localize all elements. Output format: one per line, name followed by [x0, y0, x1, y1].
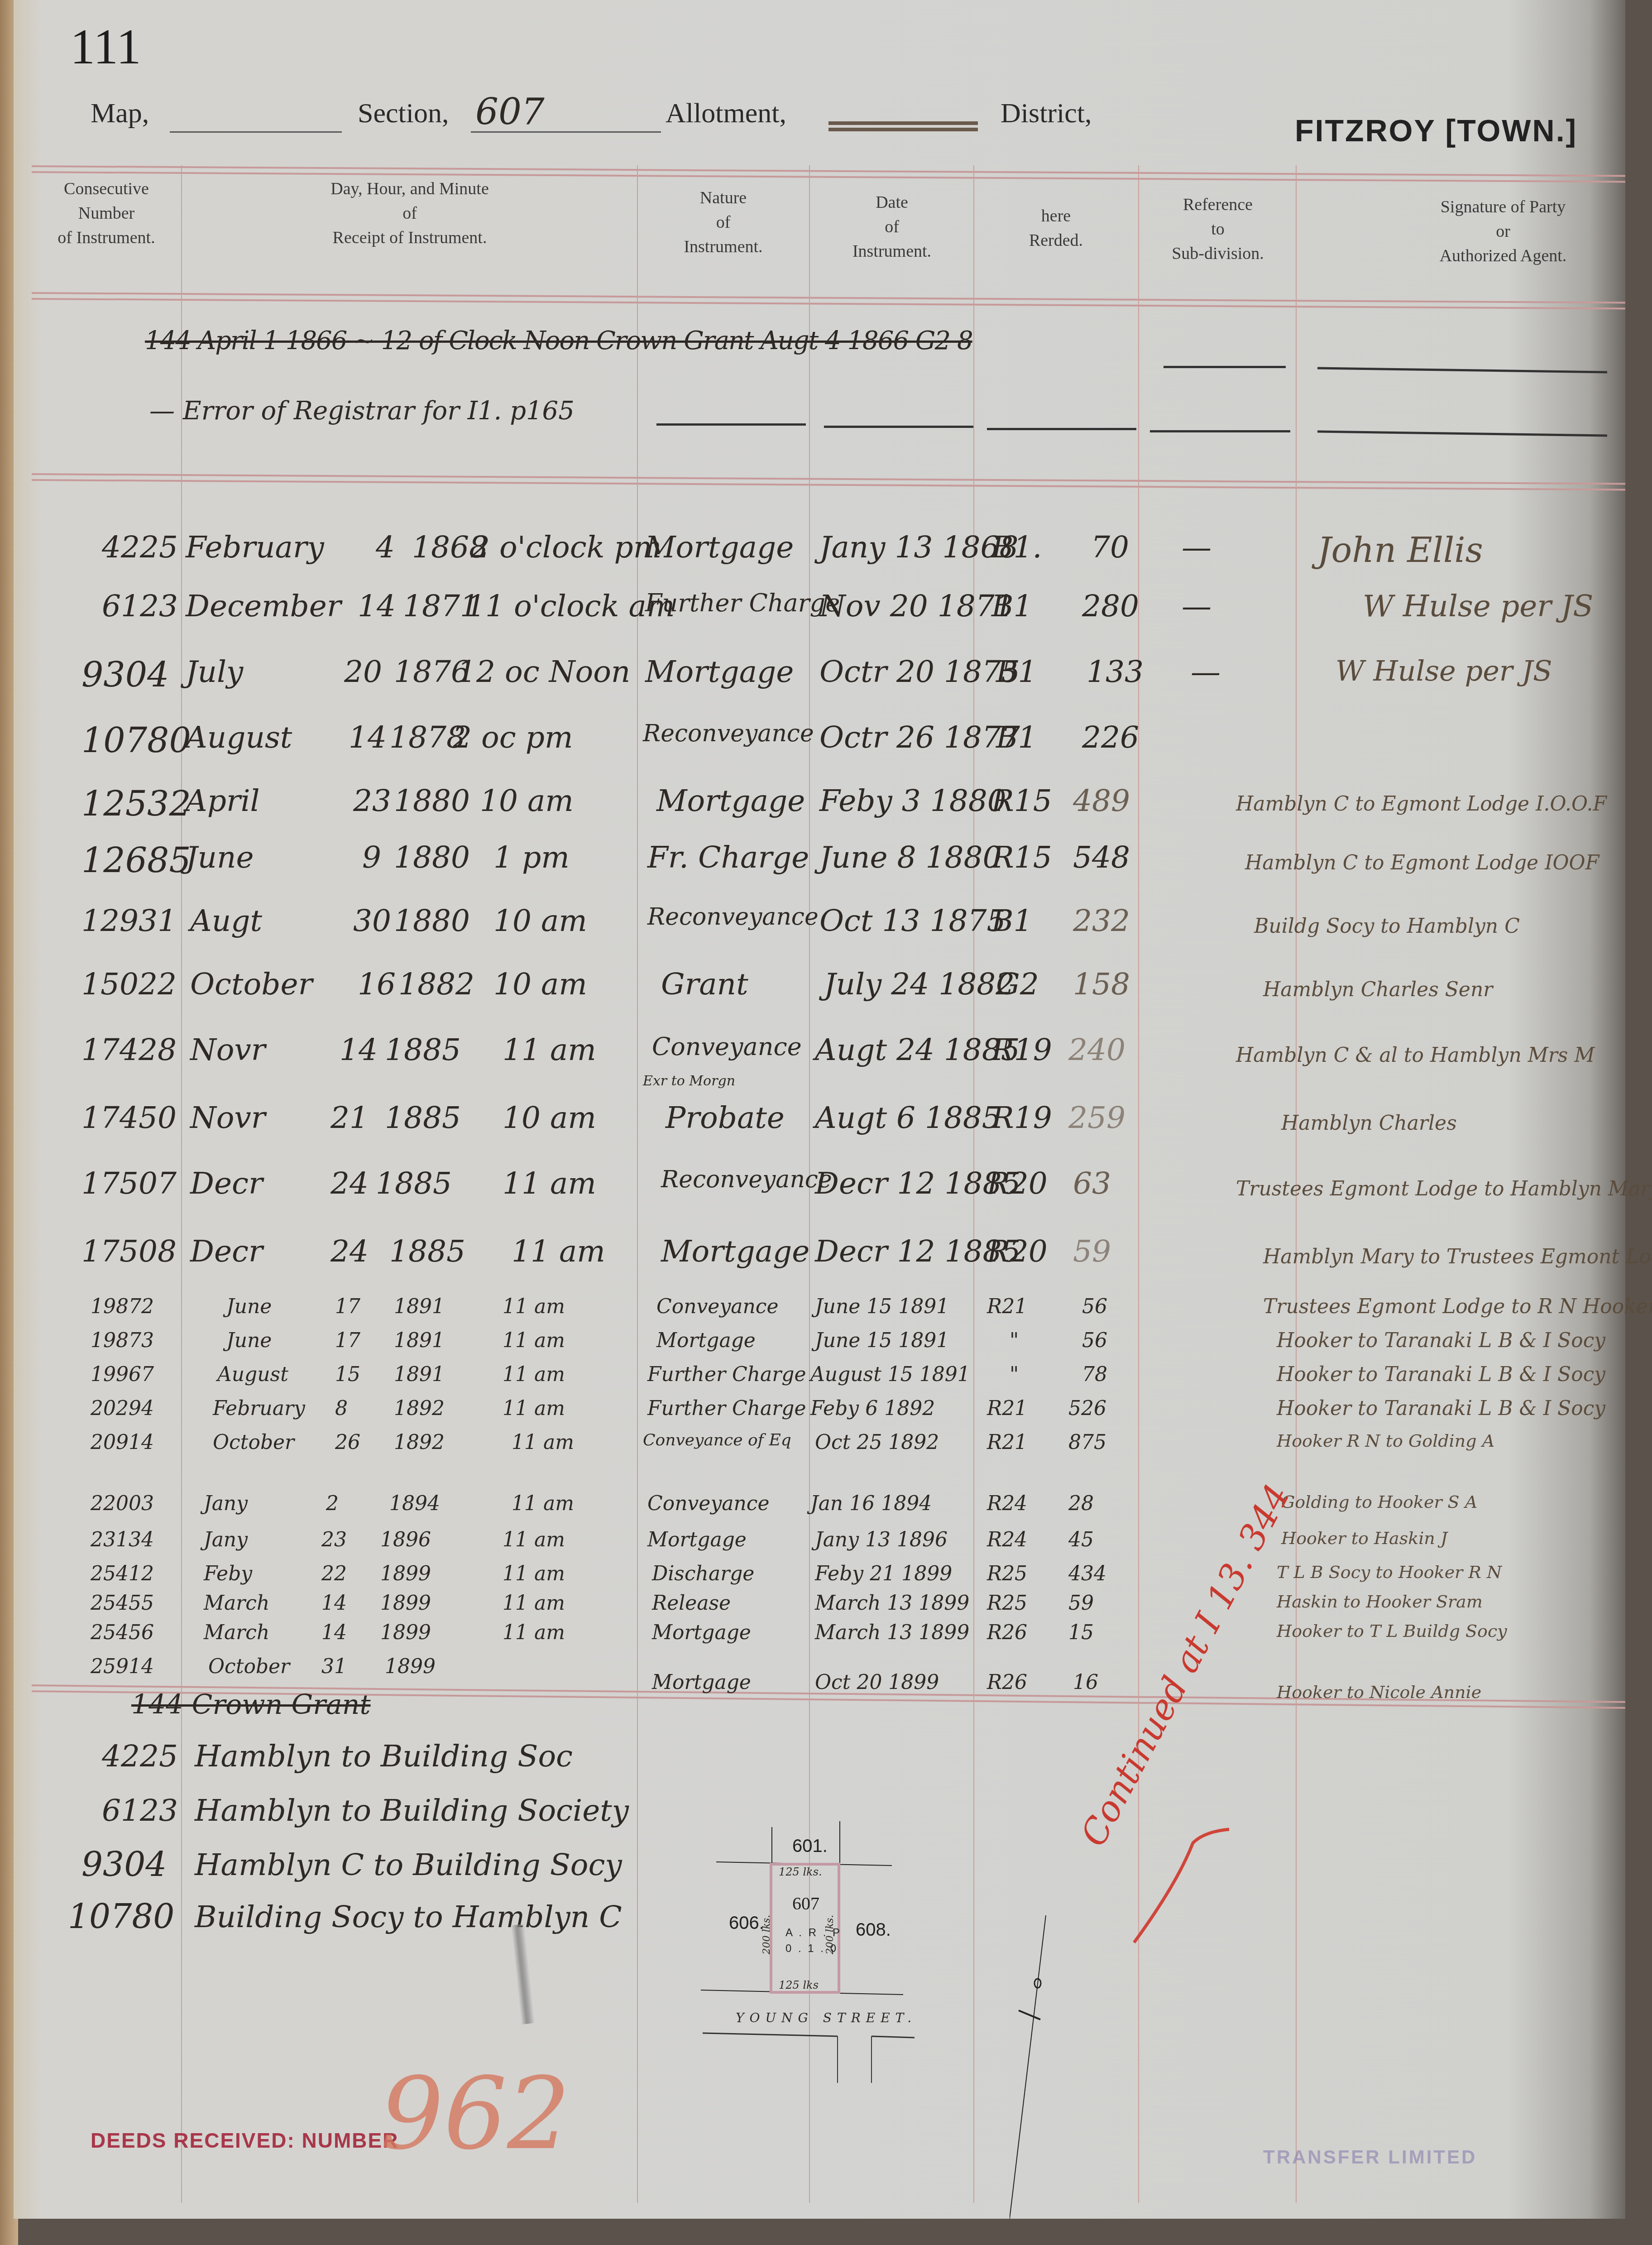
header-line: Instrument.	[810, 239, 973, 264]
receipt-day: 31	[321, 1655, 347, 1678]
summary-number: 6123	[102, 1793, 178, 1828]
header-line: or	[1394, 219, 1612, 244]
instrument-date: August 15 1891	[810, 1363, 970, 1386]
signature: W Hulse per JS	[1363, 589, 1593, 624]
instrument-number: 17508	[81, 1234, 177, 1269]
folio: 240	[1068, 1032, 1125, 1067]
signature: Hooker to Taranaki L B & I Socy	[1277, 1363, 1605, 1386]
book-ref: R20	[987, 1234, 1048, 1269]
plan-bottom-dimension: 125 lks	[779, 1979, 819, 1991]
receipt-year: 1891	[394, 1363, 445, 1386]
receipt-year: 1880	[394, 840, 470, 875]
signature: Hooker to Taranaki L B & I Socy	[1277, 1397, 1605, 1420]
receipt-day: 15	[335, 1363, 360, 1386]
receipt-time: 11 o'clock am	[466, 589, 675, 624]
header-date: Date of Instrument.	[810, 190, 973, 264]
header-bottom-rule	[32, 292, 1625, 304]
instrument-nature: Conveyance of Eq	[643, 1431, 791, 1449]
receipt-day: 23	[353, 783, 391, 818]
struck-entry: 144 Crown Grant	[131, 1689, 371, 1721]
book-ref: R15	[991, 840, 1052, 875]
receipt-day: 20	[344, 654, 382, 689]
instrument-nature: Mortgage	[652, 1621, 751, 1644]
book-ref: R26	[987, 1671, 1027, 1694]
receipt-time: 10 am	[503, 1100, 596, 1135]
receipt-day: 24	[330, 1234, 369, 1269]
receipt-time: 11 am	[512, 1431, 574, 1454]
instrument-number: 25914	[91, 1655, 154, 1678]
receipt-year: 1896	[380, 1528, 431, 1551]
receipt-year: 1880	[394, 903, 470, 938]
receipt-time: 11 am	[503, 1397, 565, 1420]
allotment-dash-1	[828, 121, 978, 125]
book-ref: R15	[991, 783, 1052, 818]
folio: 56	[1082, 1295, 1107, 1318]
receipt-time: 1 pm	[493, 840, 570, 875]
table-row: 17508 Decr 24 1885 11 am Mortgage Decr 1…	[14, 1234, 1625, 1288]
map-blank-line	[170, 131, 342, 133]
instrument-nature: Probate	[666, 1100, 785, 1135]
blank-dash	[1317, 367, 1607, 374]
section-value: 607	[475, 91, 545, 133]
header-line: Signature of Party	[1394, 195, 1612, 219]
plan-lot-number: 607	[792, 1893, 819, 1914]
section-line	[471, 131, 661, 133]
header-receipt-time: Day, Hour, and Minute of Receipt of Inst…	[186, 177, 634, 250]
instrument-date: Feby 21 1899	[815, 1562, 952, 1585]
deeds-received-stamp: DEEDS RECEIVED: NUMBER	[91, 2128, 398, 2153]
table-row: 6123 December 14 1871 11 o'clock am Furt…	[14, 589, 1625, 643]
instrument-number: 9304	[81, 654, 169, 695]
receipt-day: 16	[358, 967, 396, 1002]
allotment-dash-2	[828, 128, 978, 131]
plan-lot-west: 606.	[729, 1913, 764, 1933]
plan-left-dimension: 200 lks.	[761, 1915, 772, 1955]
header-line: Authorized Agent.	[1394, 244, 1612, 268]
instrument-nature: Release	[652, 1592, 731, 1615]
instrument-nature: Further Charge	[647, 1397, 806, 1420]
instrument-number: 25455	[91, 1592, 154, 1615]
signature: T L B Socy to Hooker R N	[1277, 1562, 1502, 1582]
folio: 15	[1068, 1621, 1094, 1644]
folio: 434	[1068, 1562, 1106, 1585]
header-line: Sub-division.	[1141, 241, 1295, 266]
header-line: of Instrument.	[32, 225, 181, 250]
instrument-nature: Grant	[661, 967, 748, 1002]
receipt-month: August	[186, 720, 292, 755]
header-reference: Reference to Sub-division.	[1141, 192, 1295, 266]
receipt-year: 1891	[394, 1295, 445, 1318]
signature: Haskin to Hooker Sram	[1277, 1592, 1483, 1612]
book-ref: R24	[987, 1528, 1027, 1551]
signature: Hamblyn Charles	[1281, 1112, 1457, 1135]
receipt-day: 26	[335, 1431, 360, 1454]
signature: John Ellis	[1317, 530, 1483, 570]
signature: Trustees Egmont Lodge to Hamblyn Mary	[1236, 1177, 1652, 1200]
receipt-day: 14	[349, 720, 387, 755]
book-ref: R26	[987, 1621, 1027, 1644]
receipt-month: August	[217, 1363, 288, 1386]
book-ref: "	[1010, 1363, 1019, 1386]
instrument-nature: Reconveyance	[647, 903, 819, 931]
folio: 226	[1082, 720, 1139, 755]
header-line: to	[1141, 217, 1295, 241]
receipt-month: June	[226, 1295, 272, 1318]
receipt-month: June	[186, 840, 254, 875]
receipt-time: 10 am	[493, 903, 587, 938]
section-label: Section,	[358, 97, 449, 130]
instrument-number: 23134	[91, 1528, 154, 1551]
blank-dash	[656, 423, 806, 426]
allotment-label: Allotment,	[666, 97, 786, 130]
instrument-number: 25456	[91, 1621, 154, 1644]
receipt-day: 14	[321, 1592, 347, 1615]
instrument-nature: Reconveyance	[661, 1166, 832, 1193]
receipt-time: 2 o'clock pm	[471, 530, 661, 565]
book-ref: R24	[987, 1492, 1027, 1515]
receipt-month: March	[204, 1592, 269, 1615]
table-row: 12931 Augt 30 1880 10 am Reconveyance Oc…	[14, 903, 1625, 958]
instrument-number: 20914	[91, 1431, 154, 1454]
folio: 28	[1068, 1492, 1094, 1515]
table-row: 12532 April 23 1880 10 am Mortgage Feby …	[14, 783, 1625, 838]
faded-stamp: TRANSFER LIMITED	[1263, 2146, 1477, 2168]
book-ref: R25	[987, 1592, 1027, 1615]
header-line: Nature	[638, 186, 808, 210]
folio: 158	[1073, 967, 1130, 1002]
receipt-year: 1885	[376, 1166, 452, 1201]
receipt-year: 1880	[394, 783, 470, 818]
instrument-nature: Further Charge	[645, 589, 840, 617]
instrument-number: 4225	[102, 530, 178, 565]
receipt-month: February	[213, 1397, 305, 1420]
instrument-nature: Reconveyance	[643, 720, 814, 747]
receipt-year: 1892	[394, 1397, 445, 1420]
receipt-day: 8	[335, 1397, 348, 1420]
instrument-number: 19872	[91, 1295, 154, 1318]
page-number: 111	[70, 18, 141, 76]
signature: Hamblyn C to Egmont Lodge IOOF	[1245, 851, 1599, 874]
instrument-date: Oct 20 1899	[815, 1671, 939, 1694]
folio: 59	[1068, 1592, 1094, 1615]
signature: Hamblyn Mary to Trustees Egmont Lodge	[1263, 1245, 1652, 1268]
instrument-nature: Mortgage	[652, 1671, 751, 1694]
north-arrow-icon	[1010, 1856, 1127, 2219]
deeds-number: 962	[380, 2056, 570, 2172]
receipt-year: 1885	[389, 1234, 465, 1269]
instrument-date: Feby 6 1892	[810, 1397, 935, 1420]
receipt-year: 1899	[380, 1621, 431, 1644]
signature: Hooker to Nicole Annie	[1277, 1682, 1481, 1702]
book-ref: R25	[987, 1562, 1027, 1585]
book-ref: R20	[987, 1166, 1048, 1201]
header-signature: Signature of Party or Authorized Agent.	[1394, 195, 1612, 268]
signature: Hooker to Haskin J	[1281, 1528, 1447, 1548]
instrument-date: Oct 25 1892	[815, 1431, 939, 1454]
receipt-year: 1899	[380, 1592, 431, 1615]
receipt-month: Jany	[204, 1528, 248, 1551]
blank-dash	[987, 428, 1136, 430]
folio: 259	[1068, 1100, 1125, 1135]
instrument-number: 6123	[102, 589, 178, 624]
receipt-day: 2	[326, 1492, 339, 1515]
receipt-year: 1892	[394, 1431, 445, 1454]
receipt-year: 1899	[385, 1655, 436, 1678]
signature: W Hulse per JS	[1336, 654, 1552, 687]
book-ref: B1.	[991, 530, 1042, 565]
table-row: 12685 June 9 1880 1 pm Fr. Charge June 8…	[14, 840, 1625, 894]
receipt-time: 11 am	[503, 1295, 565, 1318]
receipt-time: 11 am	[503, 1621, 565, 1644]
header-line: Number	[32, 201, 181, 225]
instrument-date: Augt 24 1885	[815, 1032, 1020, 1067]
plan-lot-north: 601.	[792, 1836, 828, 1856]
instrument-nature: Mortgage	[645, 654, 794, 689]
instrument-nature: Mortgage	[647, 1528, 747, 1551]
instrument-number: 20294	[91, 1397, 154, 1420]
folio: 70	[1091, 530, 1129, 565]
receipt-day: 14	[321, 1621, 347, 1644]
folio: 875	[1068, 1431, 1106, 1454]
book-ref: B1	[996, 720, 1037, 755]
book-ref: B1	[996, 654, 1037, 689]
receipt-day: 23	[321, 1528, 347, 1551]
receipt-day: 21	[330, 1100, 369, 1135]
receipt-time: 11 am	[503, 1562, 565, 1585]
table-row: 9304 July 20 1876 12 oc Noon Mortgage Oc…	[14, 654, 1625, 709]
instrument-nature: Mortgage	[661, 1234, 809, 1269]
book-ref: B1	[991, 589, 1033, 624]
instrument-number: 19873	[91, 1329, 154, 1352]
receipt-year: 1891	[394, 1329, 445, 1352]
receipt-year: 1885	[385, 1032, 461, 1067]
blank-dash	[824, 426, 973, 428]
signature: Hamblyn C to Egmont Lodge I.O.O.F	[1236, 792, 1607, 815]
table-row: 15022 October 16 1882 10 am Grant July 2…	[14, 967, 1625, 1021]
receipt-time: 11 am	[503, 1329, 565, 1352]
receipt-month: Novr	[190, 1032, 265, 1067]
header-line: here	[976, 204, 1136, 228]
folio: 133	[1087, 654, 1144, 689]
receipt-month: Decr	[190, 1234, 263, 1269]
signature: Trustees Egmont Lodge to R N Hooker	[1263, 1295, 1652, 1318]
summary-number: 4225	[102, 1739, 178, 1774]
receipt-day: 22	[321, 1562, 347, 1585]
header-line: of	[810, 215, 973, 239]
table-row: 10780 August 14 1878 2 oc pm Reconveyanc…	[14, 720, 1625, 774]
summary-number: 9304	[81, 1845, 167, 1884]
book-ref: B1	[991, 903, 1033, 938]
book-ref: G2	[996, 967, 1039, 1002]
receipt-month: October	[190, 967, 312, 1002]
header-line: of	[638, 210, 808, 235]
instrument-number: 12931	[81, 903, 177, 938]
receipt-day: 24	[330, 1166, 369, 1201]
table-row: 17428 Novr 14 1885 11 am Conveyance Exr …	[14, 1032, 1625, 1087]
receipt-time: 11 am	[503, 1363, 565, 1386]
signature: Hooker to Taranaki L B & I Socy	[1277, 1329, 1605, 1352]
book-ref: R21	[987, 1295, 1027, 1318]
receipt-day: 9	[362, 840, 381, 875]
folio: 548	[1073, 840, 1130, 875]
receipt-year: 1885	[385, 1100, 461, 1135]
blank-dash	[1164, 366, 1286, 368]
instrument-nature: Conveyance	[647, 1492, 770, 1515]
plan-street-label: YOUNG STREET.	[736, 2010, 917, 2025]
receipt-year: 1894	[389, 1492, 440, 1515]
folio: 232	[1073, 903, 1130, 938]
header-line: Rerded.	[976, 228, 1136, 253]
instrument-date: March 13 1899	[815, 1621, 969, 1644]
instrument-number: 15022	[81, 967, 177, 1002]
subdivision-ref: —	[1182, 589, 1211, 624]
receipt-day: 14	[340, 1032, 378, 1067]
receipt-time: 10 am	[493, 967, 587, 1002]
receipt-time: 11 am	[512, 1492, 574, 1515]
summary-number: 10780	[68, 1897, 174, 1936]
book-ref: R19	[991, 1100, 1052, 1135]
cancelled-entry: 144 April 1 1866 ~ 12 of Clock Noon Crow…	[145, 326, 972, 355]
table-row: 20914 October 26 1892 11 am Conveyance o…	[14, 1431, 1625, 1485]
cancelled-section-rule	[32, 473, 1625, 485]
signature: Hooker to T L Buildg Socy	[1277, 1621, 1507, 1641]
error-note: — Error of Registrar for I1. p165	[149, 396, 575, 426]
header-line: Date	[810, 190, 973, 215]
allotment-plan-diagram	[693, 1811, 1010, 2083]
instrument-nature: Discharge	[652, 1562, 754, 1585]
instrument-date: June 8 1880	[819, 840, 1001, 875]
receipt-time: 10 am	[480, 783, 574, 818]
receipt-day: 14	[358, 589, 396, 624]
table-row: 4225 February 4 1868 2 o'clock pm Mortga…	[14, 530, 1625, 584]
instrument-date: Jan 16 1894	[810, 1492, 932, 1515]
receipt-time: 11 am	[503, 1592, 565, 1615]
receipt-time: 11 am	[503, 1528, 565, 1551]
instrument-number: 12532	[81, 783, 191, 824]
folio: 280	[1082, 589, 1139, 624]
summary-text: Building Socy to Hamblyn C	[195, 1900, 622, 1934]
receipt-time: 11 am	[512, 1234, 605, 1269]
instrument-date: Augt 6 1885	[815, 1100, 1001, 1135]
receipt-time: 12 oc Noon	[457, 654, 630, 689]
register-page: 111 Map, Section, 607 Allotment, Distric…	[14, 0, 1625, 2219]
instrument-nature-note: Exr to Morgn	[643, 1073, 735, 1089]
subdivision-ref: —	[1191, 654, 1221, 689]
folio: 56	[1082, 1329, 1107, 1352]
table-row: 17450 Novr 21 1885 10 am Probate Augt 6 …	[14, 1100, 1625, 1155]
instrument-date: Nov 20 1871	[819, 589, 1014, 624]
header-line: of	[186, 201, 634, 225]
map-label: Map,	[91, 97, 149, 130]
header-line: Day, Hour, and Minute	[186, 177, 634, 201]
instrument-date: Oct 13 1875	[819, 903, 1006, 938]
header-line: Receipt of Instrument.	[186, 225, 634, 250]
instrument-nature: Conveyance	[652, 1032, 802, 1061]
header-line: Consecutive	[32, 177, 181, 201]
district-value: FITZROY [TOWN.]	[1295, 113, 1577, 149]
receipt-month: October	[208, 1655, 290, 1678]
instrument-nature: Mortgage	[656, 1329, 756, 1352]
instrument-date: Feby 3 1880	[819, 783, 1006, 818]
plan-lot-east: 608.	[856, 1920, 891, 1940]
instrument-number: 17507	[81, 1166, 177, 1201]
header-nature: Nature of Instrument.	[638, 186, 808, 259]
subdivision-ref: —	[1182, 530, 1211, 565]
signature: Buildg Socy to Hamblyn C	[1254, 915, 1520, 938]
folio: 78	[1082, 1363, 1107, 1386]
header-line: Instrument.	[638, 235, 808, 259]
receipt-month: December	[186, 589, 341, 624]
pencil-mark	[511, 1924, 535, 2024]
receipt-month: Novr	[190, 1100, 265, 1135]
header-consecutive-number: Consecutive Number of Instrument.	[32, 177, 181, 250]
instrument-number: 19967	[91, 1363, 154, 1386]
book-ref: R21	[987, 1397, 1027, 1420]
book-ref: "	[1010, 1329, 1019, 1352]
receipt-month: March	[204, 1621, 269, 1644]
instrument-nature: Mortgage	[645, 530, 794, 565]
summary-text: Hamblyn to Building Society	[195, 1793, 629, 1828]
district-label: District,	[1001, 97, 1092, 130]
receipt-time: 11 am	[503, 1032, 596, 1067]
receipt-day: 4	[376, 530, 395, 565]
header-top-rule	[32, 165, 1625, 177]
instrument-date: June 15 1891	[815, 1329, 949, 1352]
folio: 59	[1073, 1234, 1111, 1269]
receipt-day: 17	[335, 1329, 360, 1352]
folio: 526	[1068, 1397, 1106, 1420]
folio: 63	[1073, 1166, 1111, 1201]
receipt-month: Decr	[190, 1166, 263, 1201]
plan-right-dimension: 200 lks.	[824, 1915, 836, 1955]
signature: Golding to Hooker S A	[1281, 1492, 1477, 1512]
instrument-nature: Further Charge	[647, 1363, 806, 1386]
instrument-number: 17428	[81, 1032, 177, 1067]
red-check-mark	[1123, 1820, 1250, 1956]
instrument-number: 25412	[91, 1562, 154, 1585]
receipt-month: Jany	[204, 1492, 248, 1515]
header-where-recorded: here Rerded.	[976, 204, 1136, 253]
instrument-date: Octr 26 1877	[819, 720, 1020, 755]
signature: Hamblyn C & al to Hamblyn Mrs M	[1236, 1044, 1595, 1067]
receipt-month: Augt	[190, 903, 262, 938]
instrument-date: July 24 1882	[824, 967, 1015, 1002]
instrument-nature: Conveyance	[656, 1295, 779, 1318]
instrument-number: 22003	[91, 1492, 154, 1515]
instrument-nature: Mortgage	[656, 783, 805, 818]
signature: Hamblyn Charles Senr	[1263, 978, 1493, 1001]
receipt-day: 17	[335, 1295, 360, 1318]
instrument-number: 17450	[81, 1100, 177, 1135]
instrument-number: 12685	[81, 840, 191, 880]
folio: 489	[1073, 783, 1130, 818]
book-ref: R19	[991, 1032, 1052, 1067]
book-ref: R21	[987, 1431, 1027, 1454]
signature: Hooker R N to Golding A	[1277, 1431, 1494, 1451]
instrument-date: Jany 13 1896	[815, 1528, 948, 1551]
instrument-date: June 15 1891	[815, 1295, 949, 1318]
header-bottom-rule-2	[32, 298, 1625, 310]
receipt-month: April	[186, 783, 260, 818]
receipt-time: 2 oc pm	[453, 720, 573, 755]
receipt-month: Feby	[204, 1562, 252, 1585]
folio: 16	[1073, 1671, 1098, 1694]
plan-top-dimension: 125 lks.	[779, 1866, 822, 1878]
folio: 45	[1068, 1528, 1094, 1551]
receipt-month: July	[186, 654, 243, 689]
cancelled-section-rule-2	[32, 479, 1625, 491]
summary-text: Hamblyn C to Building Socy	[195, 1847, 622, 1882]
